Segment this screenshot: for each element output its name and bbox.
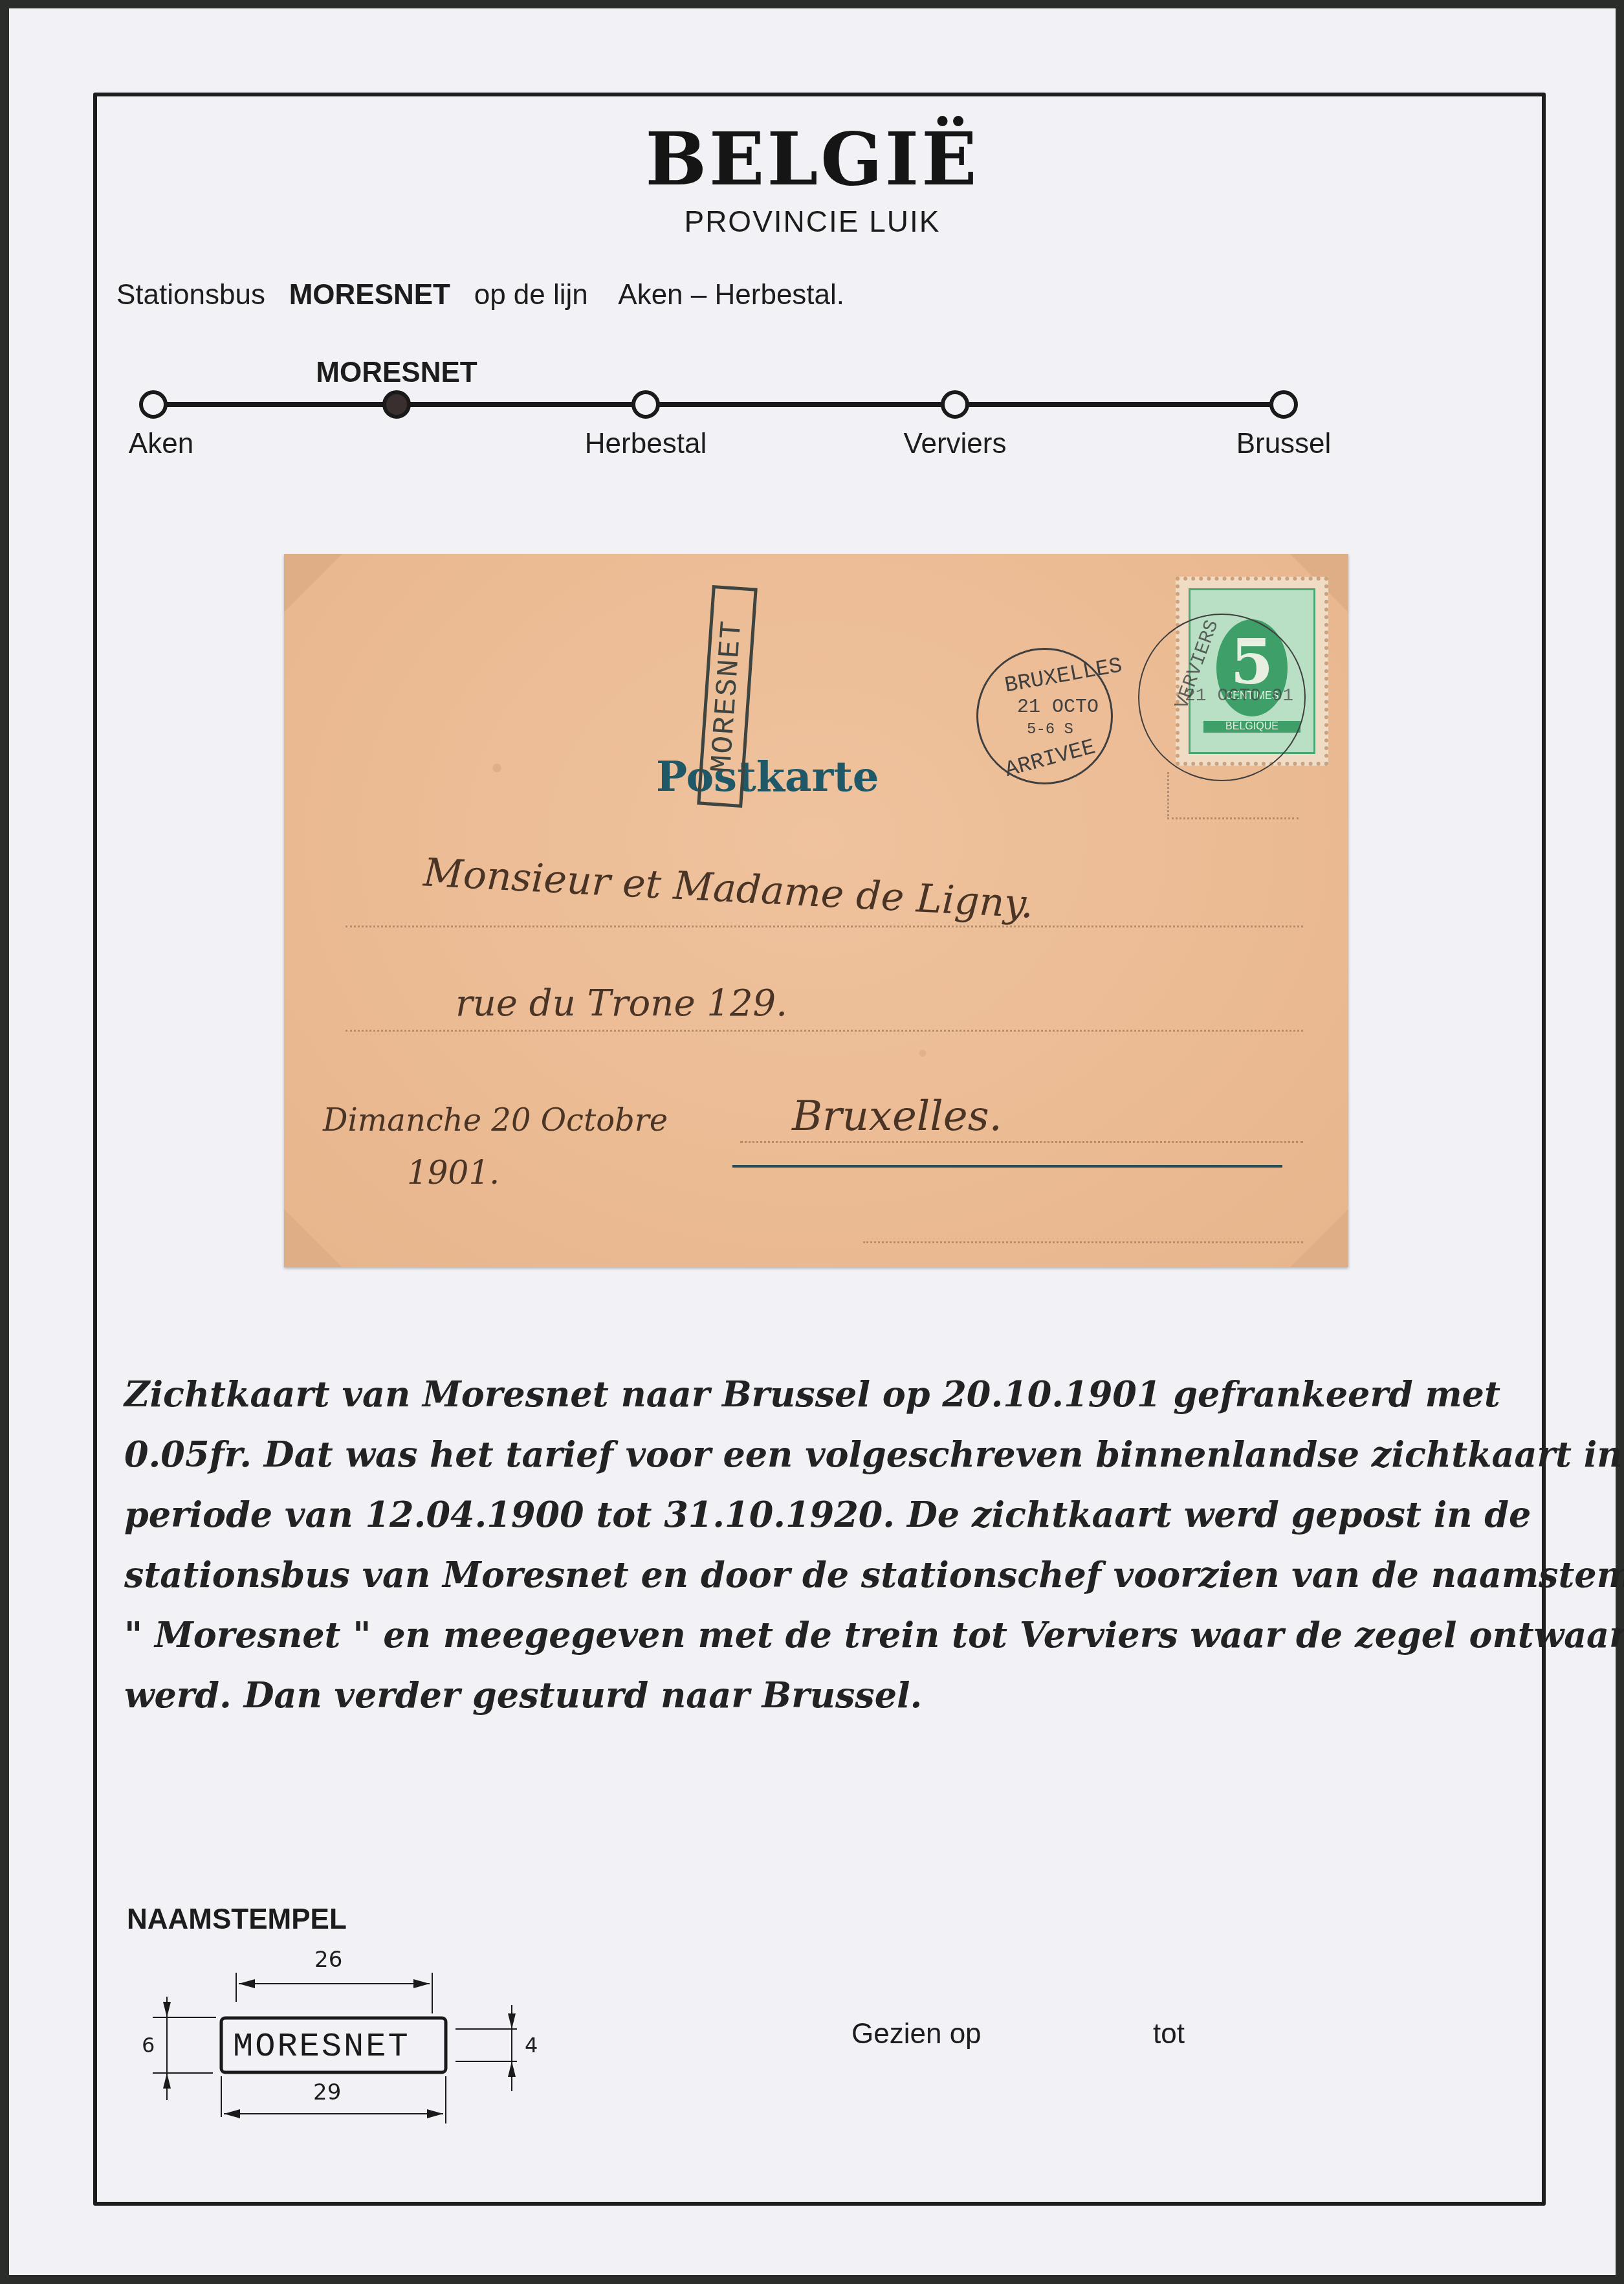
handwritten-street: rue du Trone 129. bbox=[455, 982, 787, 1025]
station-label: Herbestal bbox=[585, 428, 707, 460]
mount-corner bbox=[284, 554, 342, 612]
naamstempel-title: NAAMSTEMPEL bbox=[127, 1903, 347, 1936]
stamp-box-dots bbox=[1167, 772, 1299, 819]
address-line bbox=[863, 1241, 1303, 1243]
description-line: " Moresnet " en meegegeven met de trein … bbox=[124, 1605, 1522, 1665]
station-label: Brussel bbox=[1236, 428, 1332, 460]
departure-cancel: VERVIERS 21 OCTO 01 bbox=[1138, 614, 1306, 781]
station-node bbox=[141, 392, 166, 417]
until-label: tot bbox=[1153, 2018, 1185, 2050]
postcard-heading: Postkarte bbox=[656, 753, 879, 801]
station-node bbox=[633, 392, 658, 417]
dim-outer-height: 6 bbox=[142, 2033, 155, 2057]
description-line: periode van 12.04.1900 tot 31.10.1920. D… bbox=[124, 1485, 1522, 1545]
station-node bbox=[1271, 392, 1296, 417]
handwritten-date: Dimanche 20 Octobre bbox=[323, 1102, 668, 1138]
handwritten-city: Bruxelles. bbox=[792, 1092, 1002, 1140]
station-node bbox=[943, 392, 967, 417]
highlight-station-label: MORESNET bbox=[316, 357, 477, 389]
address-line bbox=[346, 926, 1303, 927]
address-line bbox=[740, 1141, 1303, 1143]
address-line bbox=[346, 1030, 1303, 1032]
handwritten-year: 1901. bbox=[407, 1154, 499, 1192]
station-label: Verviers bbox=[904, 428, 1007, 460]
dim-text-height: 4 bbox=[525, 2033, 538, 2057]
description-line: 0.05fr. Dat was het tarief voor een volg… bbox=[124, 1425, 1522, 1485]
city-underline bbox=[732, 1165, 1282, 1168]
mount-corner bbox=[284, 1209, 342, 1267]
station-label: Aken bbox=[129, 428, 193, 460]
naamstempel-text: MORESNET bbox=[233, 2028, 410, 2066]
route-line bbox=[9, 8, 1616, 474]
description-line: Zichtkaart van Moresnet naar Brussel op … bbox=[124, 1364, 1522, 1425]
description-line: stationsbus van Moresnet en door de stat… bbox=[124, 1545, 1522, 1605]
dim-inner-width: 26 bbox=[314, 1947, 342, 1973]
station-node bbox=[384, 392, 409, 417]
mount-corner bbox=[1290, 1209, 1348, 1267]
arrival-cancel: BRUXELLES 21 OCTO 5-6 S ARRIVEE bbox=[976, 648, 1113, 784]
description-line: werd. Dan verder gestuurd naar Brussel. bbox=[124, 1665, 1522, 1725]
seen-label: Gezien op bbox=[851, 2018, 982, 2050]
album-page: BELGIË PROVINCIE LUIK Stationsbus MORESN… bbox=[9, 8, 1616, 2275]
dim-outer-width: 29 bbox=[313, 2079, 341, 2105]
description: Zichtkaart van Moresnet naar Brussel op … bbox=[124, 1364, 1522, 1725]
